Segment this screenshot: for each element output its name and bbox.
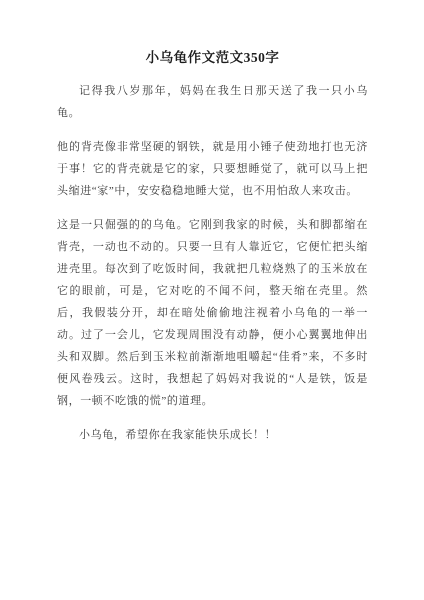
paragraph-closing-wish: 小乌龟，希望你在我家能快乐成长！！	[57, 424, 368, 446]
document-page: 小乌龟作文范文350字 记得我八岁那年，妈妈在我生日那天送了我一只小乌龟。 他的…	[0, 0, 424, 600]
page-title: 小乌龟作文范文350字	[57, 46, 368, 66]
paragraph-shell-description: 他的背壳像非常坚硬的钢铁，就是用小锤子使劲地打也无济于事！它的背壳就是它的家，只…	[57, 136, 368, 202]
paragraph-stubborn-turtle-story: 这是一只倔强的的乌龟。它刚到我家的时候，头和脚都缩在背壳，一动也不动的。只要一旦…	[57, 214, 368, 412]
paragraph-intro: 记得我八岁那年，妈妈在我生日那天送了我一只小乌龟。	[57, 80, 368, 124]
